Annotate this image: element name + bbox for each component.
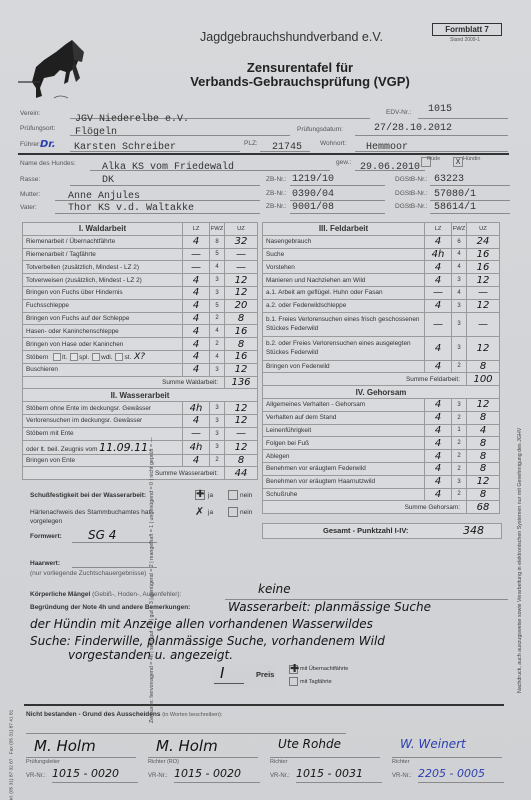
table-row: Stöbern ohne Ente im deckungsr. Gewässer…: [23, 402, 258, 415]
lz-cell-value: 4: [435, 399, 441, 410]
uz-cell-value: 12: [235, 415, 248, 426]
uz-cell-value: 12: [477, 399, 490, 410]
signature[interactable]: W. Weinert: [400, 737, 466, 751]
vgp-score-sheet: Jagdgebrauchshundverband e.V. Zensurenta…: [0, 0, 531, 800]
lz-cell[interactable]: 4: [425, 274, 452, 287]
haarwert-note: (nur vorliegende Zuchtschauergebnisse): [30, 570, 146, 577]
uz-cell[interactable]: 32: [225, 235, 258, 248]
lz-cell[interactable]: 4: [183, 414, 210, 427]
rasse-label: Rasse:: [20, 176, 40, 183]
signature[interactable]: Ute Rohde: [278, 737, 341, 751]
lz-cell-value: 4: [435, 489, 441, 500]
table-row: Buschieren4312: [23, 363, 258, 376]
lz-cell-value: 4: [193, 313, 199, 324]
begruendung-label: Begründung der Note 4h und andere Bemerk…: [30, 604, 190, 611]
table-row: Bringen von Federwild428: [263, 360, 500, 373]
nicht-bestanden-hint: (in Worten beschreiben):: [162, 712, 222, 718]
fwz-cell: 4: [452, 286, 467, 299]
uz-cell[interactable]: 8: [467, 462, 500, 475]
stoebern-option-checkbox[interactable]: [92, 353, 100, 361]
stoebern-option-checkbox[interactable]: [70, 353, 78, 361]
uz-cell-value: 12: [235, 287, 248, 298]
haerte-nein-checkbox[interactable]: [228, 507, 238, 517]
vater-dgstb-label: DGStB-Nr.:: [395, 203, 428, 210]
table-feldarbeit: III. Feldarbeit LZ FWZ UZ Nasengebrauch4…: [262, 222, 500, 514]
uz-cell-value: 12: [235, 403, 248, 414]
uz-cell-value: 8: [480, 361, 486, 372]
lz-cell[interactable]: 4: [425, 261, 452, 274]
rasse-field[interactable]: DK: [102, 175, 114, 186]
uz-cell-value: 8: [480, 412, 486, 423]
row-label: Bringen von Fuchs über Hindernis: [23, 286, 183, 299]
lz-cell-value: 4h: [432, 249, 445, 260]
uz-cell[interactable]: 8: [467, 488, 500, 501]
fwz-cell: 3: [210, 274, 225, 287]
signature-role: Richter: [270, 759, 287, 765]
divider: [18, 153, 509, 155]
summe-feldarbeit-value-value: 100: [473, 374, 492, 385]
signature-line: [148, 757, 258, 758]
mutter-field[interactable]: Anne Anjules: [68, 191, 140, 202]
row-label: Verlorensuchen im deckungsr. Gewässer: [23, 414, 183, 427]
ruede-label: Rüde: [427, 156, 440, 162]
lz-cell[interactable]: 4: [425, 411, 452, 424]
lz-cell[interactable]: 4h: [425, 248, 452, 261]
lz-cell[interactable]: 4: [425, 450, 452, 463]
nicht-bestanden-label: Nicht bestanden - Grund des Ausscheidens: [26, 711, 160, 718]
huendin-label: Hündin: [463, 156, 480, 162]
total-value[interactable]: 348: [463, 524, 484, 537]
table-row: Benehmen vor eräugtem Federwild428: [263, 462, 500, 475]
row-label: Ablegen: [263, 450, 425, 463]
verein-label: Verein:: [20, 110, 40, 117]
lz-cell[interactable]: —: [425, 312, 452, 336]
row-label: Suche: [263, 248, 425, 261]
uz-cell[interactable]: 16: [467, 248, 500, 261]
mutter-zb-field[interactable]: 0390/04: [292, 189, 334, 200]
fwz-cell: 4: [452, 261, 467, 274]
row-label: Nasengebrauch: [263, 235, 425, 248]
zb-field[interactable]: 1219/10: [292, 174, 334, 185]
plz-label: PLZ:: [244, 140, 258, 147]
lz-cell[interactable]: 4: [425, 475, 452, 488]
formwert-field[interactable]: SG 4: [88, 528, 116, 542]
lz-cell-value: 4: [435, 451, 441, 462]
mutter-dgstb-field[interactable]: 57080/1: [434, 189, 476, 200]
row-label: Folgen bei Fuß: [263, 437, 425, 450]
uz-cell[interactable]: 12: [467, 274, 500, 287]
schussfest-ja-checkbox[interactable]: ✚: [195, 490, 205, 500]
zeugnis-date[interactable]: 11.09.11: [99, 441, 148, 454]
uz-cell-value: 12: [235, 364, 248, 375]
uz-cell-value: 12: [477, 476, 490, 487]
vr-number[interactable]: 2205 - 0005: [418, 767, 485, 780]
verein-field[interactable]: JGV Niederelbe e.V.: [75, 114, 189, 125]
uz-cell[interactable]: 16: [225, 325, 258, 338]
haarwert-label: Haarwert:: [30, 560, 60, 567]
lz-cell[interactable]: 4: [183, 286, 210, 299]
pruefungsdatum-label: Prüfungsdatum:: [297, 126, 343, 133]
lz-cell-value: 4: [435, 275, 441, 286]
fwz-cell: 4: [210, 261, 225, 274]
fwz-cell: 3: [452, 299, 467, 312]
uz-cell[interactable]: 16: [467, 261, 500, 274]
summe-wasserarbeit-value-value: 44: [235, 468, 248, 479]
preis-value[interactable]: I: [220, 664, 224, 682]
lz-cell-value: 4: [435, 262, 441, 273]
vr-line: [174, 782, 260, 783]
table-row: a.1. Arbeit am geflügel. Huhn oder Fasan…: [263, 286, 500, 299]
fwz-cell: 3: [452, 312, 467, 336]
uebernacht-checkbox[interactable]: ✚: [289, 665, 298, 674]
lz-cell[interactable]: 4: [183, 299, 210, 312]
grading-legend: Zensuren: hervorragend = 4h | sehr gut =…: [149, 163, 155, 723]
table-row: Bringen von Fuchs über Hindernis4312: [23, 286, 258, 299]
uz-cell[interactable]: 12: [225, 363, 258, 376]
table-row: Verlorensuchen im deckungsr. Gewässer431…: [23, 414, 258, 427]
schussfest-nein-checkbox[interactable]: [228, 490, 238, 500]
uz-cell[interactable]: 24: [467, 235, 500, 248]
uz-cell-value: 24: [477, 236, 490, 247]
signature-line: [26, 757, 136, 758]
fuehrer-field[interactable]: Karsten Schreiber: [74, 142, 176, 153]
table-row: Fuchsschleppe4520: [23, 299, 258, 312]
uz-cell[interactable]: 12: [225, 414, 258, 427]
uz-cell-value: 12: [477, 275, 490, 286]
lz-cell-value: 4: [193, 351, 199, 362]
uz-cell[interactable]: 8: [467, 411, 500, 424]
begruendung-line: Suche: Finderwille, planmässige Suche, v…: [30, 634, 385, 648]
row-label: Verhalten auf dem Stand: [263, 411, 425, 424]
signature-line: [270, 757, 380, 758]
table-row: Nasengebrauch4624: [263, 235, 500, 248]
mutter-label: Mutter:: [20, 191, 40, 198]
plz-field[interactable]: 21745: [272, 142, 302, 153]
lz-cell[interactable]: —: [183, 248, 210, 261]
lz-cell[interactable]: 4: [183, 325, 210, 338]
lz-cell-value: —: [433, 287, 443, 298]
lz-cell-value: 4: [435, 463, 441, 474]
row-label: Bringen von Federwild: [263, 360, 425, 373]
table-waldarbeit: I. Waldarbeit LZ FWZ UZ Riemenarbeit / Ü…: [22, 222, 258, 480]
summe-gehorsam-value-value: 68: [477, 502, 490, 513]
uz-cell[interactable]: 8: [225, 312, 258, 325]
lz-cell-value: 4: [193, 326, 199, 337]
lz-cell[interactable]: —: [183, 261, 210, 274]
table-row: b.1. Freies Verlorensuchen eines frisch …: [263, 312, 500, 336]
uz-cell[interactable]: 12: [225, 286, 258, 299]
lz-cell[interactable]: 4: [183, 312, 210, 325]
dgstb-field[interactable]: 63223: [434, 174, 464, 185]
lz-cell-value: 4: [193, 300, 199, 311]
mutter-zb-label: ZB-Nr.:: [266, 190, 287, 197]
dgstb-label: DGStB-Nr.:: [395, 176, 428, 183]
table-row: Schußruhe428: [263, 488, 500, 501]
table-row: Riemenarbeit / Übernachtfährte4832: [23, 235, 258, 248]
fwz-cell: 5: [210, 248, 225, 261]
fwz-cell: 3: [210, 440, 225, 454]
row-label: Buschieren: [23, 363, 183, 376]
summe-wasserarbeit-label: Summe Wasserarbeit:: [23, 467, 225, 480]
form-title-line2: Verbands-Gebrauchsprüfung (VGP): [150, 74, 450, 89]
lz-cell[interactable]: 4: [183, 235, 210, 248]
hund-name-field[interactable]: Alka KS vom Friedewald: [102, 162, 234, 173]
uz-cell[interactable]: 12: [467, 299, 500, 312]
vr-number[interactable]: 1015 - 0020: [174, 767, 241, 780]
row-label: Fuchsschleppe: [23, 299, 183, 312]
lz-cell-value: —: [191, 249, 201, 260]
maengel-field[interactable]: keine: [258, 582, 291, 596]
summe-waldarbeit-label: Summe Waldarbeit:: [23, 376, 225, 389]
summe-wasserarbeit: Summe Wasserarbeit:44: [23, 467, 258, 480]
lz-cell[interactable]: 4: [183, 338, 210, 351]
uz-cell[interactable]: 16: [225, 350, 258, 363]
summe-feldarbeit-label: Summe Feldarbeit:: [263, 373, 467, 386]
uz-cell[interactable]: —: [225, 261, 258, 274]
edv-label: EDV-Nr.:: [386, 109, 411, 116]
total-label: Gesamt - Punktzahl I-IV:: [323, 526, 408, 535]
form-version: Stand 2009-1: [450, 37, 480, 43]
lz-cell[interactable]: —: [425, 286, 452, 299]
row-label: Stöbern mit Ente: [23, 427, 183, 440]
wohnort-label: Wohnort:: [320, 140, 346, 147]
uz-cell[interactable]: 12: [225, 402, 258, 415]
summe-gehorsam-label: Summe Gehorsam:: [263, 501, 467, 514]
lz-cell[interactable]: 4: [183, 350, 210, 363]
pruefungsdatum-field[interactable]: 27/28.10.2012: [374, 123, 452, 134]
vr-number[interactable]: 1015 - 0031: [296, 767, 363, 780]
summe-waldarbeit-value-value: 136: [231, 377, 250, 388]
summe-wasserarbeit-value[interactable]: 44: [225, 467, 258, 480]
hund-name-label: Name des Hundes:: [20, 160, 76, 167]
uz-cell-value: —: [478, 287, 488, 298]
lz-cell[interactable]: 4: [425, 299, 452, 312]
uz-cell-value: 8: [238, 313, 244, 324]
uz-cell-value: 16: [235, 326, 248, 337]
uz-cell[interactable]: 12: [225, 440, 258, 454]
uz-cell[interactable]: 8: [467, 360, 500, 373]
lz-cell-value: 4h: [190, 442, 203, 453]
fwz-cell: 2: [452, 488, 467, 501]
table-row: Allgemeines Verhalten - Gehorsam4312: [263, 398, 500, 411]
uz-cell[interactable]: 8: [225, 338, 258, 351]
vr-number[interactable]: 1015 - 0020: [52, 767, 119, 780]
fwz-cell: 2: [210, 312, 225, 325]
signature[interactable]: M. Holm: [34, 737, 96, 755]
uz-cell[interactable]: 12: [467, 336, 500, 360]
fwz-cell: 8: [210, 235, 225, 248]
total-row: Gesamt - Punktzahl I-IV: 348: [262, 523, 502, 539]
lz-cell[interactable]: —: [183, 427, 210, 440]
table-row: Bringen von Ente428: [23, 454, 258, 467]
uz-cell[interactable]: 8: [467, 437, 500, 450]
signature[interactable]: M. Holm: [156, 737, 218, 755]
lz-cell-value: 4: [435, 476, 441, 487]
lz-cell[interactable]: 4: [183, 454, 210, 467]
schussfest-label: Schußfestigkeit bei der Wasserarbeit:: [30, 492, 146, 499]
vater-zb-field[interactable]: 9001/08: [292, 202, 334, 213]
uz-cell[interactable]: 8: [467, 450, 500, 463]
vr-line: [296, 782, 382, 783]
fwz-cell: 2: [452, 437, 467, 450]
edv-field[interactable]: 1015: [428, 104, 452, 115]
formwert-label: Formwert:: [30, 533, 62, 540]
section-title-feldarbeit: III. Feldarbeit: [263, 223, 425, 236]
form-number-badge: Formblatt 7: [432, 23, 502, 36]
divider: [24, 704, 504, 706]
wohnort-field[interactable]: Hemmoor: [366, 142, 408, 153]
uz-cell[interactable]: 12: [467, 475, 500, 488]
vater-zb-label: ZB-Nr.:: [266, 203, 287, 210]
gewolft-field[interactable]: 29.06.2010: [360, 162, 420, 173]
row-label: Riemenarbeit / Tagfährte: [23, 248, 183, 261]
vater-label: Vater:: [20, 204, 37, 211]
row-label: b.1. Freies Verlorensuchen eines frisch …: [263, 312, 425, 336]
uz-cell[interactable]: —: [467, 312, 500, 336]
fwz-cell: 3: [210, 286, 225, 299]
table-row: Stöbern lt.spl.wdl.st. X?4416: [23, 350, 258, 363]
row-label: Leinenführigkeit: [263, 424, 425, 437]
column-fwz: FWZ: [452, 223, 467, 236]
row-label: a.1. Arbeit am geflügel. Huhn oder Fasan: [263, 286, 425, 299]
uz-cell[interactable]: —: [225, 427, 258, 440]
row-label: Bringen von Ente: [23, 454, 183, 467]
lz-cell[interactable]: 4: [425, 424, 452, 437]
lz-cell[interactable]: 4: [425, 398, 452, 411]
lz-cell-value: 4: [435, 300, 441, 311]
uz-cell[interactable]: 20: [225, 299, 258, 312]
fwz-cell: 3: [210, 414, 225, 427]
summe-feldarbeit: Summe Feldarbeit:100: [263, 373, 500, 386]
row-label: Benehmen vor eräugtem Haarnutzwild: [263, 475, 425, 488]
gewolft-label: gew.:: [336, 159, 351, 166]
uz-cell-value: 12: [235, 275, 248, 286]
begruendung-line: Wasserarbeit: planmässige Suche: [228, 600, 431, 614]
fwz-cell: 3: [210, 402, 225, 415]
uz-cell-value: 12: [235, 442, 248, 453]
summe-feldarbeit-value[interactable]: 100: [467, 373, 500, 386]
lz-cell[interactable]: 4: [425, 462, 452, 475]
contact-info: Tel. (05 31) 87 32 87 · Fax (05 31) 87 4…: [10, 713, 15, 800]
uz-cell-value: 16: [235, 351, 248, 362]
uz-cell[interactable]: 12: [225, 274, 258, 287]
fwz-cell: 6: [452, 235, 467, 248]
row-label: Totverweisen (zusätzlich, Mindest - LZ 2…: [23, 274, 183, 287]
lz-cell-value: 4: [435, 438, 441, 449]
summe-gehorsam-value[interactable]: 68: [467, 501, 500, 514]
lz-cell-value: 4: [435, 361, 441, 372]
signature-role: Richter (RO): [148, 759, 179, 765]
vr-label: VR-Nr.:: [26, 773, 46, 779]
lz-cell-value: 4: [193, 287, 199, 298]
lz-cell[interactable]: 4: [425, 360, 452, 373]
fwz-cell: 5: [210, 299, 225, 312]
summe-waldarbeit-value[interactable]: 136: [225, 376, 258, 389]
lz-cell[interactable]: 4: [183, 274, 210, 287]
row-label: Totverbellen (zusätzlich, Mindest - LZ 2…: [23, 261, 183, 274]
fwz-cell: 3: [210, 363, 225, 376]
fwz-cell: 2: [210, 338, 225, 351]
row-label: oder lt. beil. Zeugnis vom 11.09.11: [23, 440, 183, 454]
lz-cell[interactable]: 4h: [183, 402, 210, 415]
uz-cell[interactable]: —: [467, 286, 500, 299]
uz-cell[interactable]: 12: [467, 398, 500, 411]
uz-cell[interactable]: 8: [225, 454, 258, 467]
column-uz: UZ: [225, 223, 258, 236]
table-row: Riemenarbeit / Tagfährte—5—: [23, 248, 258, 261]
stoebern-option-checkbox[interactable]: [53, 353, 61, 361]
row-label: Allgemeines Verhalten - Gehorsam: [263, 398, 425, 411]
uz-cell-value: 4: [480, 425, 486, 436]
tagfaehrte-label: mit Tagfährte: [300, 679, 332, 685]
uz-cell-value: 8: [480, 451, 486, 462]
column-lz: LZ: [425, 223, 452, 236]
lz-cell-value: 4: [435, 343, 441, 354]
column-fwz: FWZ: [210, 223, 225, 236]
stoebern-option-label: spl.: [79, 354, 89, 361]
stoebern-mark: X?: [131, 352, 145, 362]
row-label: Vorstehen: [263, 261, 425, 274]
row-label: Stöbern lt.spl.wdl.st. X?: [23, 350, 183, 363]
lz-cell[interactable]: 4h: [183, 440, 210, 454]
pruefungsort-field[interactable]: Flögeln: [75, 127, 117, 138]
tagfaehrte-checkbox[interactable]: [289, 677, 298, 686]
lz-cell-value: 4: [193, 455, 199, 466]
huendin-checkbox[interactable]: X: [453, 157, 463, 167]
table-row: Vorstehen4416: [263, 261, 500, 274]
lz-cell-value: 4: [193, 364, 199, 375]
fwz-cell: 2: [452, 411, 467, 424]
table-row: Manieren und Nachziehen am Wild4312: [263, 274, 500, 287]
table-row: Verhalten auf dem Stand428: [263, 411, 500, 424]
zb-label: ZB-Nr.:: [266, 176, 287, 183]
vr-label: VR-Nr.:: [392, 773, 412, 779]
uz-cell-value: 12: [477, 343, 490, 354]
table-row: Ablegen428: [263, 450, 500, 463]
section-title-gehorsam: IV. Gehorsam: [263, 386, 500, 399]
haerte-ja-label: ja: [208, 509, 213, 516]
fwz-cell: 3: [452, 398, 467, 411]
table-row: Hasen- oder Kaninchenschleppe4416: [23, 325, 258, 338]
lz-cell[interactable]: 4: [425, 235, 452, 248]
lz-cell[interactable]: 4: [425, 336, 452, 360]
table-row: a.2. oder Federwildschleppe4312: [263, 299, 500, 312]
lz-cell[interactable]: 4: [425, 437, 452, 450]
lz-cell[interactable]: 4: [183, 363, 210, 376]
uz-cell[interactable]: —: [225, 248, 258, 261]
uz-cell[interactable]: 4: [467, 424, 500, 437]
summe-waldarbeit: Summe Waldarbeit:136: [23, 376, 258, 389]
stoebern-option-label: wdl.: [101, 354, 112, 361]
haerte-ja-checkbox[interactable]: ✗: [195, 508, 203, 516]
fwz-cell: 4: [210, 350, 225, 363]
maengel-hint: (Gebiß-, Hoden-, Augenfehler):: [92, 591, 181, 598]
lz-cell-value: —: [191, 262, 201, 273]
row-label: Bringen von Fuchs auf der Schleppe: [23, 312, 183, 325]
vater-dgstb-field[interactable]: 58614/1: [434, 202, 476, 213]
table-row: Leinenführigkeit414: [263, 424, 500, 437]
vater-field[interactable]: Thor KS v.d. Waltakke: [68, 203, 194, 214]
fuehrer-title: Dr.: [40, 139, 56, 150]
lz-cell[interactable]: 4: [425, 488, 452, 501]
stoebern-option-checkbox[interactable]: [115, 353, 123, 361]
fwz-cell: 3: [452, 336, 467, 360]
lz-cell-value: 4: [193, 236, 199, 247]
table-row: Bringen von Fuchs auf der Schleppe428: [23, 312, 258, 325]
row-label: Stöbern ohne Ente im deckungsr. Gewässer: [23, 402, 183, 415]
pruefungsort-label: Prüfungsort:: [20, 125, 55, 132]
fwz-cell: 2: [452, 450, 467, 463]
